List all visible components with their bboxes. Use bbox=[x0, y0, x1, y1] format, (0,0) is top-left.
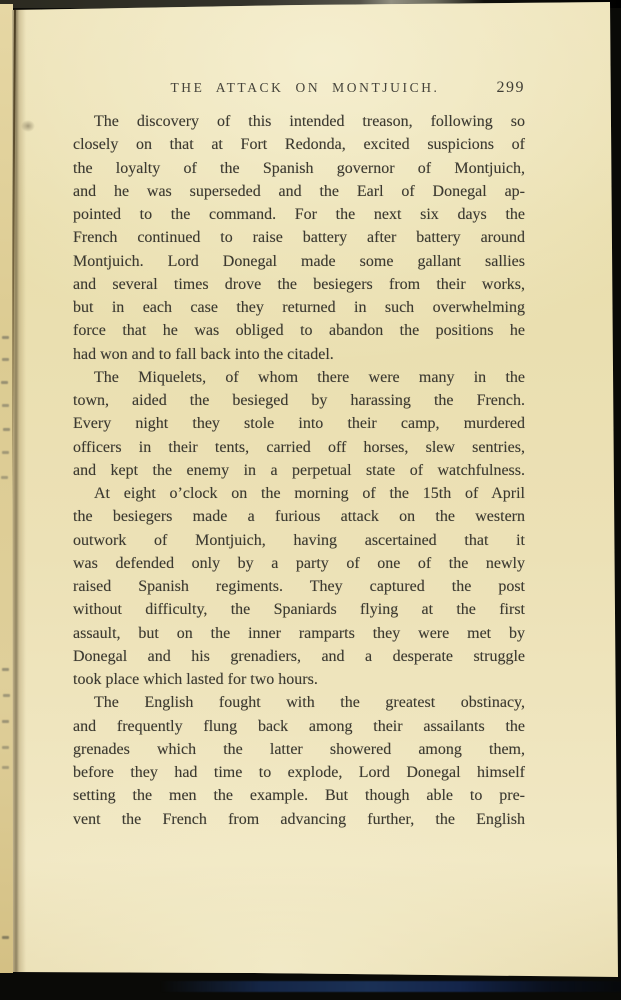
text-line: The discovery of this intended treason, … bbox=[73, 110, 525, 133]
text-line: force that he was obliged to abandon the… bbox=[73, 319, 525, 342]
paragraph: The English fought with the greatest obs… bbox=[73, 691, 525, 831]
text-line: was defended only by a party of one of t… bbox=[73, 552, 525, 575]
ink-smudge bbox=[21, 120, 35, 132]
text-line: Montjuich. Lord Donegal made some gallan… bbox=[73, 250, 525, 273]
text-block: The discovery of this intended treason, … bbox=[73, 110, 525, 831]
text-line: Donegal and his grenadiers, and a desper… bbox=[73, 645, 525, 668]
text-line: At eight o’clock on the morning of the 1… bbox=[73, 482, 525, 505]
page-number: 299 bbox=[497, 79, 526, 97]
binding-bottom-blue-band bbox=[160, 981, 621, 992]
scanned-book-photo: THE ATTACK ON MONTJUICH. 299 The discove… bbox=[0, 0, 621, 1000]
text-line: closely on that at Fort Redonda, excited… bbox=[73, 133, 525, 156]
text-line: without difficulty, the Spaniards flying… bbox=[73, 598, 525, 621]
paragraph: At eight o’clock on the morning of the 1… bbox=[73, 482, 525, 691]
page-header: THE ATTACK ON MONTJUICH. 299 bbox=[73, 80, 525, 98]
text-line: before they had time to explode, Lord Do… bbox=[73, 761, 525, 784]
paragraph: The discovery of this intended treason, … bbox=[73, 110, 525, 366]
text-line: took place which lasted for two hours. bbox=[73, 668, 525, 691]
text-line: and kept the enemy in a perpetual state … bbox=[73, 459, 525, 482]
page-content: THE ATTACK ON MONTJUICH. 299 The discove… bbox=[73, 0, 525, 1000]
text-line: vent the French from advancing further, … bbox=[73, 808, 525, 831]
text-line: had won and to fall back into the citade… bbox=[73, 343, 525, 366]
text-line: the besiegers made a furious attack on t… bbox=[73, 505, 525, 528]
text-line: outwork of Montjuich, having ascertained… bbox=[73, 529, 525, 552]
text-line: assault, but on the inner ramparts they … bbox=[73, 622, 525, 645]
page-edge-text-showthrough bbox=[2, 336, 9, 339]
text-line: the loyalty of the Spanish governor of M… bbox=[73, 157, 525, 180]
text-line: and frequently flung back among their as… bbox=[73, 715, 525, 738]
text-line: and several times drove the besiegers fr… bbox=[73, 273, 525, 296]
text-line: but in each case they returned in such o… bbox=[73, 296, 525, 319]
running-title: THE ATTACK ON MONTJUICH. bbox=[79, 80, 531, 96]
text-line: The Miquelets, of whom there were many i… bbox=[73, 366, 525, 389]
text-line: setting the men the example. But though … bbox=[73, 784, 525, 807]
text-line: and he was superseded and the Earl of Do… bbox=[73, 180, 525, 203]
facing-page-edge bbox=[0, 4, 13, 973]
text-line: French continued to raise battery after … bbox=[73, 226, 525, 249]
text-line: raised Spanish regiments. They captured … bbox=[73, 575, 525, 598]
text-line: The English fought with the greatest obs… bbox=[73, 691, 525, 714]
text-line: pointed to the command. For the next six… bbox=[73, 203, 525, 226]
book-page: THE ATTACK ON MONTJUICH. 299 The discove… bbox=[0, 0, 621, 1000]
text-line: Every night they stole into their camp, … bbox=[73, 412, 525, 435]
text-line: town, aided the besieged by harassing th… bbox=[73, 389, 525, 412]
text-line: grenades which the latter showered among… bbox=[73, 738, 525, 761]
text-line: officers in their tents, carried off hor… bbox=[73, 436, 525, 459]
paragraph: The Miquelets, of whom there were many i… bbox=[73, 366, 525, 482]
